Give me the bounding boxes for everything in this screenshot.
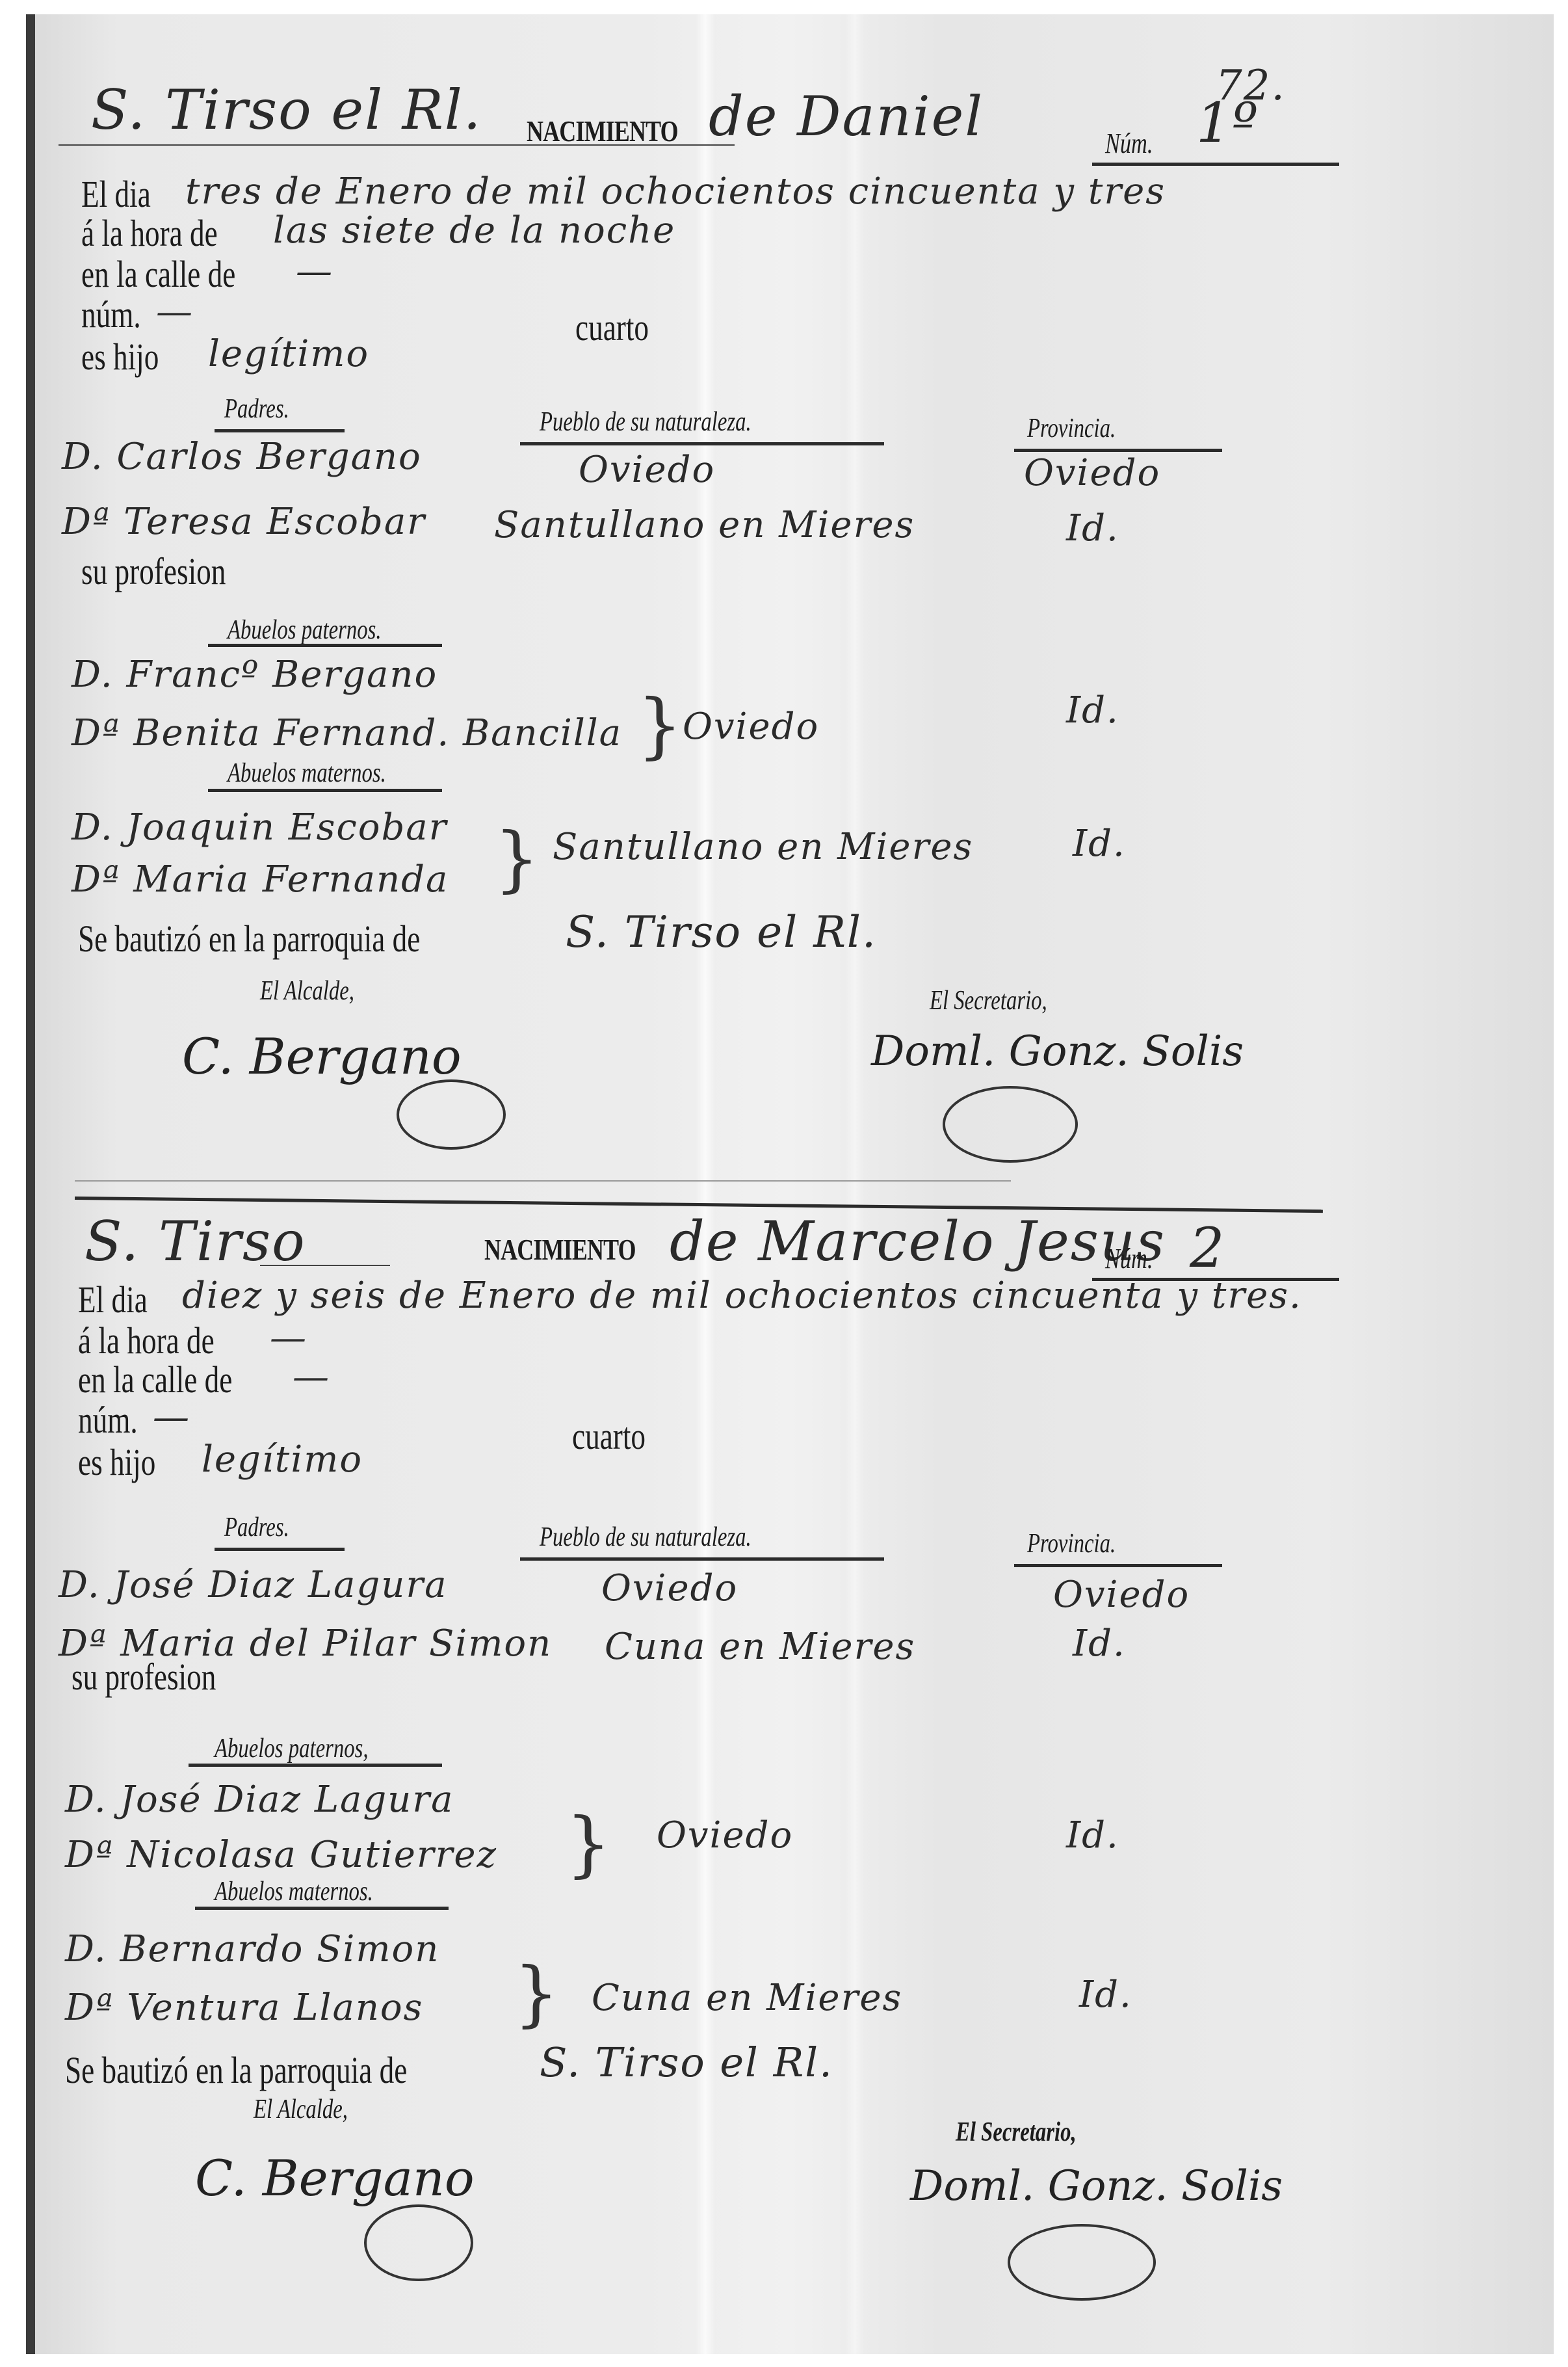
record-number: 1º <box>1196 91 1259 155</box>
hour-label: á la hora de <box>81 211 218 255</box>
paternal-province: Id. <box>1066 1814 1119 1857</box>
maternal-grandmother: Dª Maria Fernanda <box>72 858 449 901</box>
col-rule <box>1014 1564 1222 1567</box>
col-parents: Padres. <box>224 393 289 425</box>
father-town: Oviedo <box>579 449 715 491</box>
child-name: de Daniel <box>709 85 984 148</box>
col-parents: Padres. <box>224 1512 289 1543</box>
signature-flourish <box>943 1086 1078 1163</box>
street-label: en la calle de <box>81 252 235 296</box>
secretary-signature: Doml. Gonz. Solis <box>871 1027 1244 1076</box>
maternal-grandmother: Dª Ventura Llanos <box>65 1987 423 2029</box>
col-province: Provincia. <box>1027 413 1116 444</box>
street-label: en la calle de <box>78 1358 232 1401</box>
day-value: tres de Enero de mil ochocientos cincuen… <box>185 170 1166 213</box>
mother-name: Dª Teresa Escobar <box>62 501 426 543</box>
record-title: NACIMIENTO <box>484 1232 636 1267</box>
brace: } <box>566 1808 611 1879</box>
mother-town: Santullano en Mieres <box>494 504 915 546</box>
profession-label: su profesion <box>72 1655 216 1699</box>
street-value: — <box>296 250 333 293</box>
mayor-signature: C. Bergano <box>195 2149 475 2207</box>
baptism-parish: S. Tirso el Rl. <box>566 907 877 957</box>
section-rule <box>195 1907 449 1910</box>
paternal-grandparents-label: Abuelos paternos, <box>215 1733 369 1764</box>
signature-flourish <box>397 1079 506 1150</box>
record-number-label: Núm. <box>1105 1242 1153 1275</box>
number-value: — <box>153 1396 190 1438</box>
child-name: de Marcelo Jesus <box>670 1210 1166 1273</box>
record-number: 2 <box>1190 1216 1225 1280</box>
secretary-signature: Doml. Gonz. Solis <box>910 2162 1283 2210</box>
number-value: — <box>156 291 194 333</box>
mayor-signature: C. Bergano <box>182 1027 462 1085</box>
child-value: legítimo <box>208 333 369 375</box>
father-name: D. José Diaz Lagura <box>59 1564 448 1606</box>
hour-value: — <box>270 1317 307 1359</box>
maternal-town: Santullano en Mieres <box>553 826 973 868</box>
col-rule <box>520 442 884 445</box>
secretary-label: El Secretario, <box>930 985 1047 1016</box>
paternal-town: Oviedo <box>657 1814 793 1857</box>
col-rule <box>215 1548 345 1551</box>
brace: } <box>514 1957 559 2029</box>
paternal-grandfather: D. Francº Bergano <box>72 654 438 696</box>
number-label: núm. <box>81 293 141 336</box>
mayor-label: El Alcalde, <box>254 2094 348 2125</box>
secretary-label: El Secretario, <box>956 2117 1077 2148</box>
father-name: D. Carlos Bergano <box>62 436 422 478</box>
maternal-grandfather: D. Joaquin Escobar <box>72 806 447 849</box>
record-separator <box>75 1180 1011 1182</box>
paternal-grandfather: D. José Diaz Lagura <box>65 1779 454 1821</box>
child-value: legítimo <box>202 1438 363 1481</box>
maternal-grandparents-label: Abuelos maternos. <box>228 758 386 789</box>
floor-label: cuarto <box>575 306 649 349</box>
street-value: — <box>293 1356 330 1398</box>
mayor-label: El Alcalde, <box>260 975 354 1007</box>
child-label: es hijo <box>78 1440 155 1484</box>
floor-label: cuarto <box>572 1414 646 1458</box>
paternal-grandmother: Dª Benita Fernand. Bancilla <box>72 712 622 754</box>
record-place: S. Tirso el Rl. <box>91 78 482 142</box>
col-rule <box>215 429 345 432</box>
baptism-label: Se bautizó en la parroquia de <box>78 917 420 960</box>
profession-label: su profesion <box>81 549 226 593</box>
brace: } <box>637 689 683 761</box>
brace: } <box>494 823 540 894</box>
day-label: El dia <box>81 172 151 216</box>
father-province: Oviedo <box>1053 1574 1190 1616</box>
child-label: es hijo <box>81 335 159 378</box>
section-rule <box>208 644 442 647</box>
paternal-grandparents-label: Abuelos paternos. <box>228 615 382 646</box>
baptism-label: Se bautizó en la parroquia de <box>65 2048 407 2092</box>
number-label: núm. <box>78 1398 138 1442</box>
maternal-grandparents-label: Abuelos maternos. <box>215 1876 373 1907</box>
maternal-province: Id. <box>1079 1974 1132 2016</box>
father-province: Oviedo <box>1024 452 1160 494</box>
number-rule <box>1092 163 1339 166</box>
day-value: diez y seis de Enero de mil ochocientos … <box>182 1275 1302 1317</box>
paternal-grandmother: Dª Nicolasa Gutierrez <box>65 1834 497 1876</box>
col-town: Pueblo de su naturaleza. <box>540 1522 751 1553</box>
mother-town: Cuna en Mieres <box>605 1626 915 1668</box>
col-town: Pueblo de su naturaleza. <box>540 406 751 438</box>
record-title: NACIMIENTO <box>527 114 678 148</box>
place-underline <box>260 1265 390 1266</box>
mother-province: Id. <box>1073 1622 1126 1665</box>
maternal-province: Id. <box>1073 823 1126 865</box>
signature-flourish <box>364 2204 473 2281</box>
paternal-town: Oviedo <box>683 706 819 748</box>
col-rule <box>520 1557 884 1561</box>
maternal-grandfather: D. Bernardo Simon <box>65 1928 439 1970</box>
section-rule <box>208 789 442 792</box>
maternal-town: Cuna en Mieres <box>592 1977 902 2019</box>
signature-flourish <box>1008 2224 1156 2301</box>
baptism-parish: S. Tirso el Rl. <box>540 2039 833 2086</box>
day-label: El dia <box>78 1278 148 1321</box>
father-town: Oviedo <box>601 1567 738 1609</box>
hour-value: las siete de la noche <box>273 209 675 252</box>
mother-province: Id. <box>1066 507 1119 549</box>
paternal-province: Id. <box>1066 689 1119 732</box>
col-province: Provincia. <box>1027 1528 1116 1559</box>
section-rule <box>189 1764 442 1767</box>
hour-label: á la hora de <box>78 1319 215 1362</box>
record-number-label: Núm. <box>1105 127 1153 160</box>
record-place: S. Tirso <box>85 1210 306 1273</box>
